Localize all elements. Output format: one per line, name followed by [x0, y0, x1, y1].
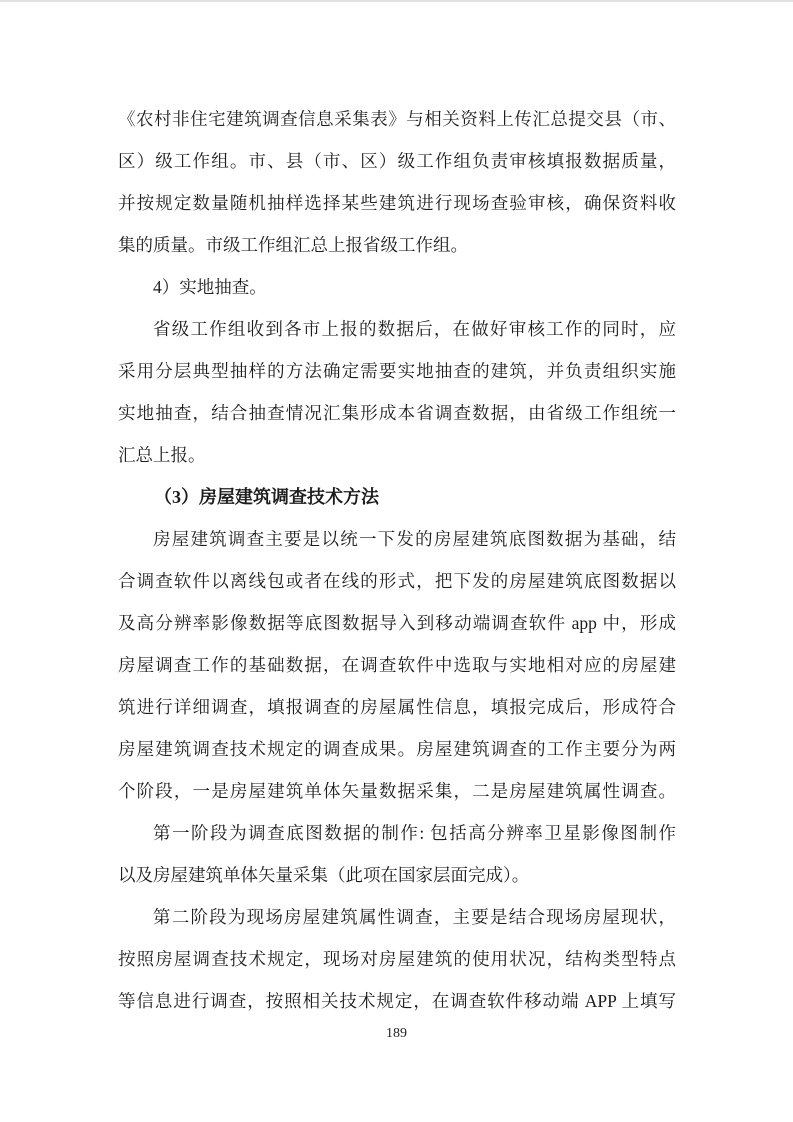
- text-line: 房屋建筑调查技术规定的调查成果。房屋建筑调查的工作主要分为两: [118, 728, 676, 770]
- text-line: 汇总上报。: [118, 434, 676, 476]
- text-line: 等信息进行调查，按照相关技术规定，在调查软件移动端 APP 上填写: [118, 980, 676, 1022]
- text-line: 4）实地抽查。: [118, 266, 676, 308]
- para-item-4-field-spot-check: 4）实地抽查。: [118, 266, 676, 308]
- heading-section-3-technical-method: （3）房屋建筑调查技术方法: [118, 476, 676, 518]
- page-number: 189: [0, 1023, 793, 1045]
- text-line: 第二阶段为现场房屋建筑属性调查，主要是结合现场房屋现状，: [118, 896, 676, 938]
- text-line: 及高分辨率影像数据等底图数据导入到移动端调查软件 app 中，形成: [118, 602, 676, 644]
- text-line: 房屋建筑调查主要是以统一下发的房屋建筑底图数据为基础，结: [118, 518, 676, 560]
- text-line: 房屋调查工作的基础数据，在调查软件中选取与实地相对应的房屋建: [118, 644, 676, 686]
- text-line: 《农村非住宅建筑调查信息采集表》与相关资料上传汇总提交县（市、: [118, 98, 676, 140]
- para-phase-one: 第一阶段为调查底图数据的制作: 包括高分辨率卫星影像图制作以及房屋建筑单体矢量采…: [118, 812, 676, 896]
- para-provincial-workgroup: 省级工作组收到各市上报的数据后，在做好审核工作的同时，应采用分层典型抽样的方法确…: [118, 308, 676, 476]
- text-line: 第一阶段为调查底图数据的制作: 包括高分辨率卫星影像图制作: [118, 812, 676, 854]
- section-heading-line: （3）房屋建筑调查技术方法: [118, 476, 676, 518]
- text-line: 实地抽查，结合抽查情况汇集形成本省调查数据，由省级工作组统一: [118, 392, 676, 434]
- text-line: 集的质量。市级工作组汇总上报省级工作组。: [118, 224, 676, 266]
- text-line: 采用分层典型抽样的方法确定需要实地抽查的建筑，并负责组织实施: [118, 350, 676, 392]
- text-line: 区）级工作组。市、县（市、区）级工作组负责审核填报数据质量，: [118, 140, 676, 182]
- text-line: 合调查软件以离线包或者在线的形式，把下发的房屋建筑底图数据以: [118, 560, 676, 602]
- para-survey-method-overview: 房屋建筑调查主要是以统一下发的房屋建筑底图数据为基础，结合调查软件以离线包或者在…: [118, 518, 676, 812]
- text-line: 并按规定数量随机抽样选择某些建筑进行现场查验审核，确保资料收: [118, 182, 676, 224]
- para-phase-two: 第二阶段为现场房屋建筑属性调查，主要是结合现场房屋现状，按照房屋调查技术规定，现…: [118, 896, 676, 1022]
- text-line: 以及房屋建筑单体矢量采集（此项在国家层面完成）。: [118, 854, 676, 896]
- text-line: 省级工作组收到各市上报的数据后，在做好审核工作的同时，应: [118, 308, 676, 350]
- document-page: 《农村非住宅建筑调查信息采集表》与相关资料上传汇总提交县（市、区）级工作组。市、…: [0, 0, 793, 1122]
- para-data-upload-review: 《农村非住宅建筑调查信息采集表》与相关资料上传汇总提交县（市、区）级工作组。市、…: [118, 98, 676, 266]
- page-body-text: 《农村非住宅建筑调查信息采集表》与相关资料上传汇总提交县（市、区）级工作组。市、…: [118, 98, 676, 1022]
- text-line: 个阶段，一是房屋建筑单体矢量数据采集，二是房屋建筑属性调查。: [118, 770, 676, 812]
- text-line: 筑进行详细调查，填报调查的房屋属性信息，填报完成后，形成符合: [118, 686, 676, 728]
- text-line: 按照房屋调查技术规定，现场对房屋建筑的使用状况，结构类型特点: [118, 938, 676, 980]
